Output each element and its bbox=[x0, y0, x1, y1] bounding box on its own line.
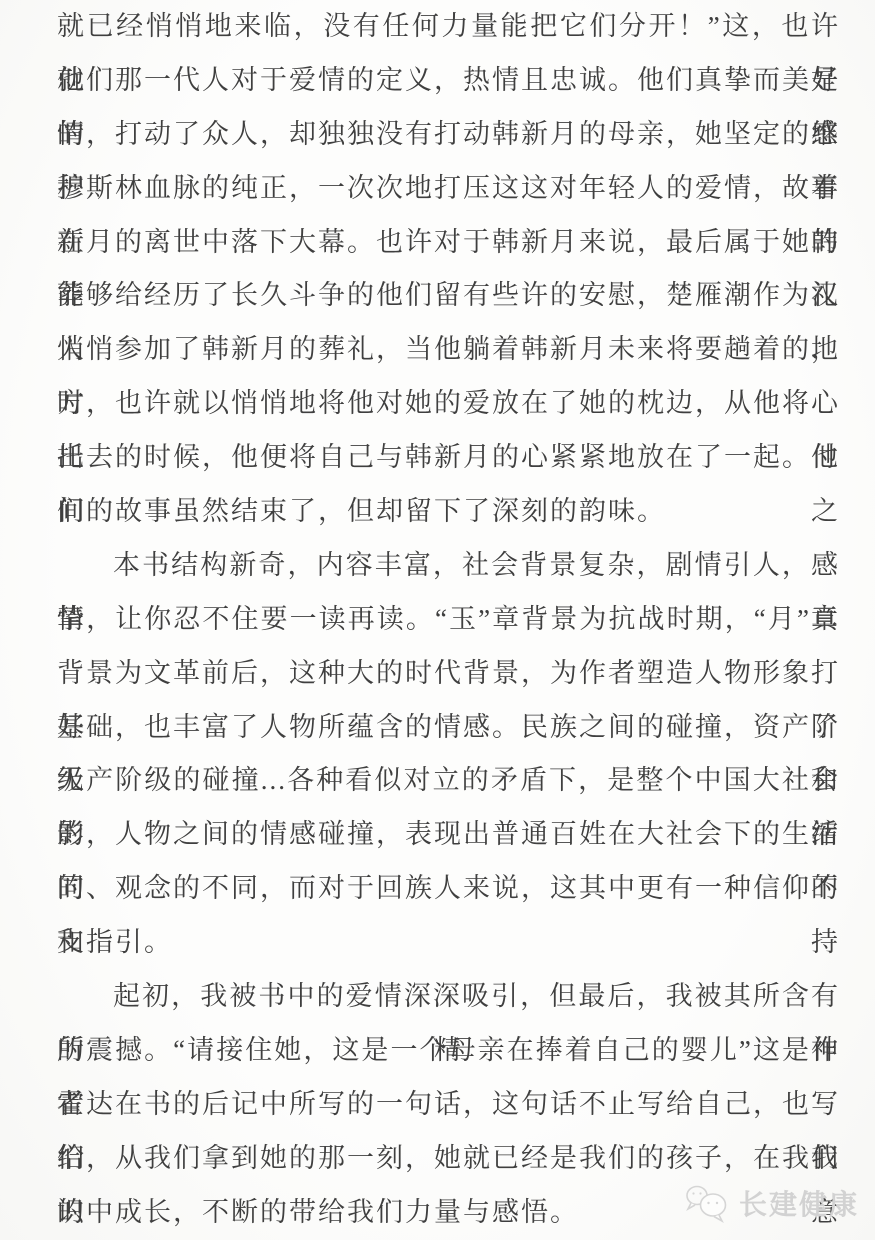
wechat-icon bbox=[684, 1183, 730, 1223]
article-text: 就已经悄悄地来临，没有任何力量能把它们分开！”这，也许就是 他们那一代人对于爱情… bbox=[0, 0, 875, 1239]
page: 就已经悄悄地来临，没有任何力量能把它们分开！”这，也许就是 他们那一代人对于爱情… bbox=[0, 0, 875, 1240]
text-line: 能够给经历了长久斗争的他们留有些许的安慰，楚雁潮作为汉人， bbox=[57, 269, 840, 323]
text-line: 背景为文革前后，这种大的时代背景，为作者塑造人物形象打好了 bbox=[57, 647, 840, 701]
text-line: 挚，让你忍不住要一读再读。“玉”章背景为抗战时期，“月”章 bbox=[57, 593, 840, 647]
text-line: 本书结构新奇，内容丰富，社会背景复杂，剧情引人，感情真 bbox=[57, 539, 840, 593]
text-line: 就已经悄悄地来临，没有任何力量能把它们分开！”这，也许就是 bbox=[57, 0, 840, 54]
text-line: 悄悄参加了韩新月的葬礼，当他躺着韩新月未来将要趟着的地方 bbox=[57, 323, 840, 377]
text-line: 同、观念的不同，而对于回族人来说，这其中更有一种信仰的支持 bbox=[57, 862, 840, 916]
text-line: 新月的离世中落下大幕。也许对于韩新月来说，最后属于她的葬礼 bbox=[57, 216, 840, 270]
text-line: 起初，我被书中的爱情深深吸引，但最后，我被其所含有的精神 bbox=[57, 970, 840, 1024]
watermark-label: 长建健康 bbox=[739, 1183, 859, 1223]
text-line: 霍达在书的后记中所写的一句话，这句话不止写给自己，也写给我 bbox=[57, 1078, 840, 1132]
text-line: 穆斯林血脉的纯正，一次次地打压这这对年轻人的爱情，故事在韩 bbox=[57, 162, 840, 216]
text-line: 们，从我们拿到她的那一刻，她就已经是我们的孩子，在我们的意 bbox=[57, 1132, 840, 1186]
watermark: 长建健康 bbox=[684, 1183, 859, 1223]
text-line: 他们那一代人对于爱情的定义，热情且忠诚。他们真挚而美好的感 bbox=[57, 54, 840, 108]
text-line: 时，也许就以悄悄地将他对她的爱放在了她的枕边，从他将心托付 bbox=[57, 377, 840, 431]
text-line: 影，人物之间的情感碰撞，表现出普通百姓在大社会下的生活的不 bbox=[57, 808, 840, 862]
text-line: 无产阶级的碰撞...各种看似对立的矛盾下，是整个中国大社会的缩 bbox=[57, 754, 840, 808]
text-line: 出去的时候，他便将自己与韩新月的心紧紧地放在了一起。他们之 bbox=[57, 431, 840, 485]
text-line: 所震撼。“请接住她，这是一个母亲在捧着自己的婴儿”这是作者 bbox=[57, 1024, 840, 1078]
text-line: 基础，也丰富了人物所蕴含的情感。民族之间的碰撞，资产阶级和 bbox=[57, 701, 840, 755]
text-line: 情，打动了众人，却独独没有打动韩新月的母亲，她坚定的维护着 bbox=[57, 108, 840, 162]
